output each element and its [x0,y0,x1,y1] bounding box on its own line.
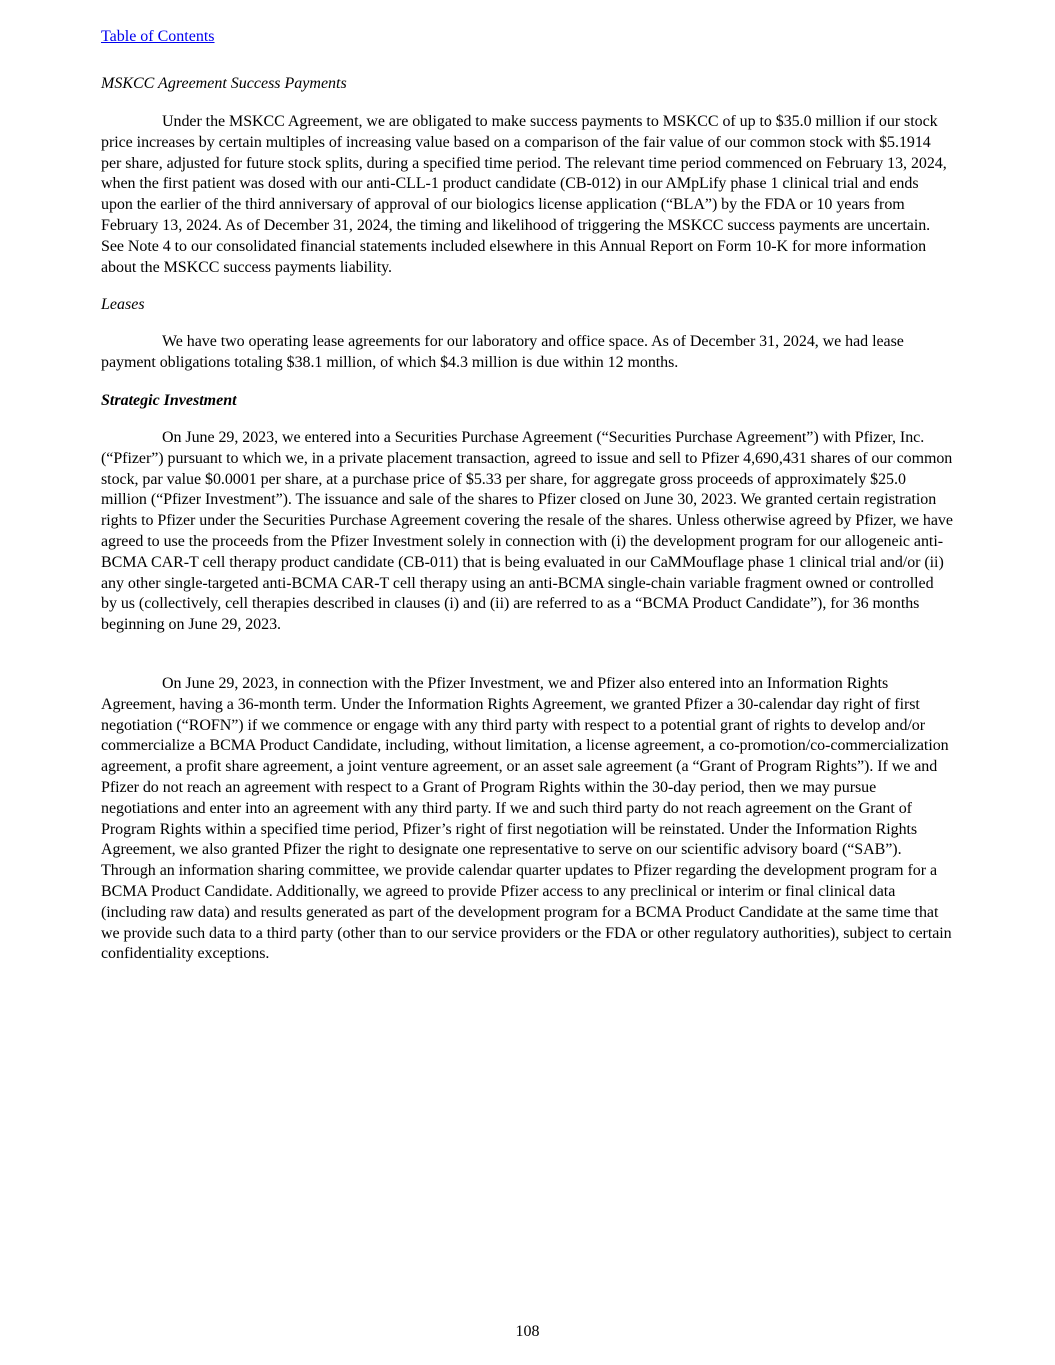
section-heading-mskcc-success-payments: MSKCC Agreement Success Payments [101,74,347,94]
table-of-contents-link[interactable]: Table of Contents [101,27,215,47]
section-heading-strategic-investment: Strategic Investment [101,391,237,411]
paragraph-mskcc-success-payments: Under the MSKCC Agreement, we are obliga… [101,112,953,278]
section-heading-leases: Leases [101,295,145,315]
page-number: 108 [0,1322,1055,1342]
paragraph-securities-purchase-agreement: On June 29, 2023, we entered into a Secu… [101,428,953,636]
paragraph-information-rights-agreement: On June 29, 2023, in connection with the… [101,674,953,965]
paragraph-leases: We have two operating lease agreements f… [101,332,953,374]
